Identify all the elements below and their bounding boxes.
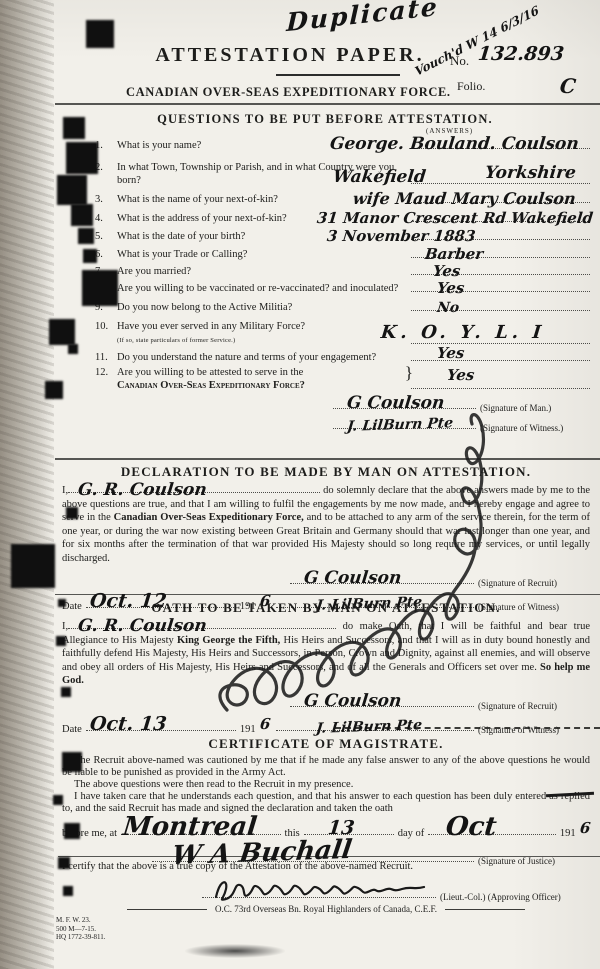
place-handwritten: Montreal bbox=[122, 812, 259, 842]
brace: } bbox=[405, 366, 413, 379]
service-number-handwritten: 132.893 bbox=[477, 43, 565, 65]
question-row: 1.What is your name? George. Bouland. Co… bbox=[95, 139, 592, 152]
question-text: What is the address of your next-of-kin? bbox=[117, 213, 287, 224]
signature-label: (Lieut.-Col.) (Approving Officer) bbox=[440, 892, 590, 902]
magistrate-paragraph: The above questions were then read to th… bbox=[62, 779, 590, 791]
answer-handwritten: wife Maud Mary Coulson bbox=[352, 189, 577, 208]
question-row: 4.What is the address of your next-of-ki… bbox=[95, 212, 592, 225]
question-note: (If so, state particulars of former Serv… bbox=[117, 337, 235, 344]
questions-heading: QUESTIONS TO BE PUT BEFORE ATTESTATION. bbox=[110, 112, 540, 127]
year-printed: 191 bbox=[240, 724, 256, 735]
signature-row: (Lieut.-Col.) (Approving Officer) bbox=[62, 877, 590, 902]
answer-handwritten: Wakefield bbox=[332, 167, 427, 187]
answer-handwritten: Yes bbox=[436, 279, 465, 297]
bottom-smudge bbox=[185, 944, 285, 958]
month-line: Oct bbox=[428, 822, 556, 835]
signature-label: (Signature of Witness) bbox=[478, 725, 590, 735]
question-text: Are you married? bbox=[117, 266, 191, 277]
question-text: What is your name? bbox=[117, 140, 201, 151]
form-code-line: HQ 1772-39-811. bbox=[56, 933, 106, 942]
answer-handwritten: 3 November 1883 bbox=[326, 227, 476, 245]
question-number: 5. bbox=[95, 230, 115, 243]
answer-handwritten: No bbox=[436, 300, 460, 316]
magistrate-section: CERTIFICATE OF MAGISTRATE. The Recruit a… bbox=[62, 736, 590, 866]
diagonal-scrawl-overlay bbox=[192, 382, 492, 717]
date-label: Date bbox=[62, 724, 82, 735]
question-number: 6. bbox=[95, 248, 115, 261]
unit-text: O.C. 73rd Overseas Bn. Royal Highlanders… bbox=[215, 904, 437, 914]
declared-name-handwritten: G. R. Coulson bbox=[77, 620, 207, 634]
declared-name-handwritten: G. R. Coulson bbox=[77, 484, 207, 498]
magistrate-paragraph: The Recruit above-named was cautioned by… bbox=[62, 755, 590, 779]
approving-officer-signature bbox=[212, 877, 442, 903]
form-code-line: 500 M—7-15. bbox=[56, 925, 106, 934]
answer-handwritten: Yes bbox=[432, 262, 461, 280]
question-row: 2.In what Town, Township or Parish, and … bbox=[95, 161, 592, 187]
question-row: 7.Are you married? Yes bbox=[95, 265, 592, 278]
question-row: 3.What is the name of your next-of-kin? … bbox=[95, 193, 592, 206]
duplicate-note: Duplicate bbox=[286, 0, 439, 37]
question-row: 5.What is the date of your birth? 3 Nove… bbox=[95, 230, 592, 243]
force-subtitle: CANADIAN OVER-SEAS EXPEDITIONARY FORCE. bbox=[126, 85, 451, 100]
question-row: 6.What is your Trade or Calling? Barber bbox=[95, 248, 592, 261]
question-number: 8. bbox=[95, 282, 115, 295]
question-number: 12. bbox=[95, 366, 115, 379]
torn-left-edge bbox=[0, 0, 54, 969]
question-text-continued: and inoculated? bbox=[332, 283, 398, 294]
answer-handwritten: Yorkshire bbox=[484, 163, 577, 183]
page-title: ATTESTATION PAPER. bbox=[120, 44, 460, 67]
question-number: 9. bbox=[95, 301, 115, 314]
question-row: 10.Have you ever served in any Military … bbox=[95, 320, 592, 347]
question-text: Have you ever served in any Military For… bbox=[117, 321, 305, 332]
title-underline bbox=[276, 74, 400, 76]
magistrate-heading: CERTIFICATE OF MAGISTRATE. bbox=[62, 736, 590, 752]
header-rule bbox=[55, 103, 600, 105]
question-number: 1. bbox=[95, 139, 115, 152]
year-handwritten: 6 bbox=[579, 819, 591, 837]
answer-handwritten: 31 Manor Crescent Rd Wakefield bbox=[316, 209, 594, 227]
year-printed: 191 bbox=[560, 828, 576, 839]
year-handwritten: 6 bbox=[259, 715, 271, 733]
dash-right bbox=[445, 909, 525, 910]
signature-label: (Signature of Recruit) bbox=[478, 701, 590, 711]
form-code-line: M. F. W. 23. bbox=[56, 916, 106, 925]
question-number: 10. bbox=[95, 320, 115, 333]
signature-label: (Signature of Witness.) bbox=[480, 423, 592, 433]
question-text: What is the date of your birth? bbox=[117, 231, 245, 242]
place-line: Montreal bbox=[121, 822, 280, 835]
answer-handwritten: K. O. Y. L. I bbox=[380, 322, 546, 343]
answer-handwritten: George. Bouland. Coulson bbox=[329, 134, 580, 154]
question-row: 9.Do you now belong to the Active Militi… bbox=[95, 301, 592, 314]
date-handwritten: Oct. 13 bbox=[89, 713, 168, 735]
attestation-paper-scan: Duplicate Vouch'd W 14 6/3/16 ATTESTATIO… bbox=[0, 0, 600, 969]
dash-left bbox=[127, 909, 207, 910]
date-row: Date Oct. 13 191 6 J. LilBurn Pte (Signa… bbox=[62, 715, 590, 735]
day-of-label: day of bbox=[398, 828, 425, 839]
answer-handwritten: Yes bbox=[436, 344, 465, 362]
approval-section: I certify that the above is a true copy … bbox=[62, 861, 590, 914]
question-number: 4. bbox=[95, 212, 115, 225]
signature-line: J. LilBurn Pte bbox=[276, 718, 474, 731]
date-line: Oct. 13 bbox=[86, 718, 236, 731]
signature-label: (Signature of Man.) bbox=[480, 403, 592, 413]
question-number: 7. bbox=[95, 265, 115, 278]
question-number: 11. bbox=[95, 351, 115, 364]
question-text: Do you now belong to the Active Militia? bbox=[117, 302, 292, 313]
question-row: 11.Do you understand the nature and term… bbox=[95, 351, 592, 364]
corner-mark: C bbox=[559, 74, 577, 98]
before-me-label: before me, at bbox=[62, 828, 117, 839]
unit-row: O.C. 73rd Overseas Bn. Royal Highlanders… bbox=[62, 904, 590, 914]
signature-line bbox=[202, 877, 436, 898]
question-text: Are you willing to be vaccinated or re-v… bbox=[117, 283, 330, 294]
question-row: 8.Are you willing to be vaccinated or re… bbox=[95, 282, 592, 295]
certify-text: I certify that the above is a true copy … bbox=[62, 861, 590, 873]
question-text: What is the name of your next-of-kin? bbox=[117, 194, 278, 205]
question-number: 3. bbox=[95, 193, 115, 206]
question-text: What is your Trade or Calling? bbox=[117, 249, 247, 260]
question-text: Are you willing to be attested to serve … bbox=[117, 367, 303, 378]
question-number: 2. bbox=[95, 161, 115, 174]
signature-label: (Signature of Recruit) bbox=[478, 578, 590, 588]
question-text: Do you understand the nature and terms o… bbox=[117, 352, 376, 363]
folio-label: Folio. bbox=[457, 79, 485, 94]
form-codes: M. F. W. 23. 500 M—7-15. HQ 1772-39-811. bbox=[56, 916, 106, 942]
month-handwritten: Oct bbox=[445, 812, 499, 842]
answer-handwritten: Barber bbox=[424, 245, 484, 263]
witness-signature: J. LilBurn Pte bbox=[315, 717, 423, 737]
day-line: 13 bbox=[304, 822, 394, 835]
